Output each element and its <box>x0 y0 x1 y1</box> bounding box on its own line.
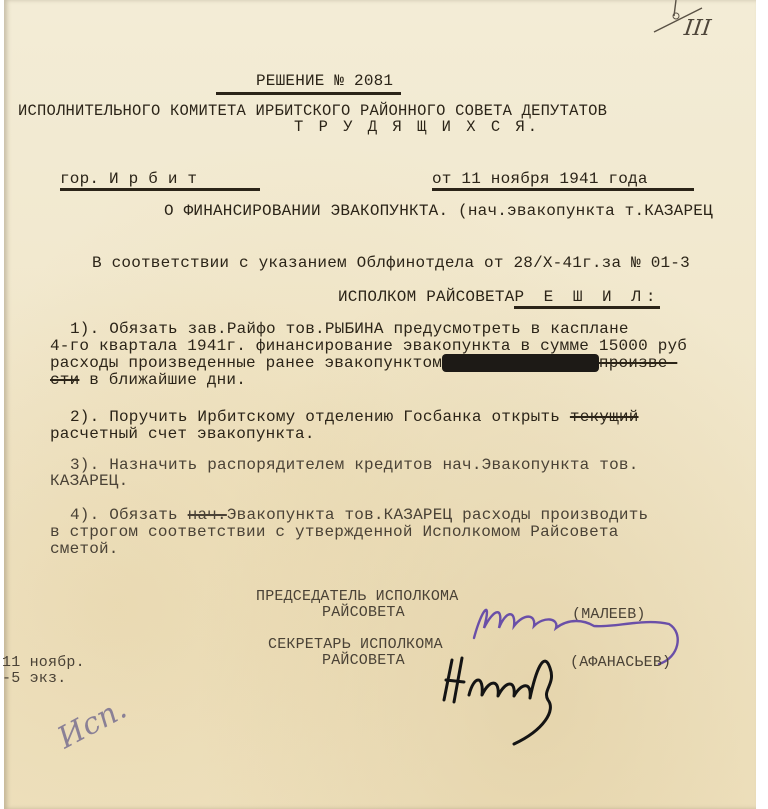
document-date: от 11 ноября 1941 года <box>432 170 694 191</box>
struck-text: произве- <box>599 354 677 372</box>
secretary-title-2: РАЙСОВЕТА <box>322 652 405 669</box>
issuer-line-2: Т Р У Д Я Щ И Х С Я. <box>294 118 540 136</box>
chairman-title-1: ПРЕДСЕДАТЕЛЬ ИСПОЛКОМА <box>256 588 458 605</box>
secretary-title-1: СЕКРЕТАРЬ ИСПОЛКОМА <box>268 636 443 653</box>
item-2-line-2: расчетный счет эвакопункта. <box>50 425 315 443</box>
footer-copies: -5 экз. <box>2 670 66 687</box>
item-1-line-1: 1). Обязать зав.Райфо тов.РЫБИНА предусм… <box>70 320 629 338</box>
footer-date: 11 ноябр. <box>2 654 85 671</box>
document-title: РЕШЕНИЕ № 2081 <box>216 72 401 95</box>
item-1-line-4: сти в ближайшие дни. <box>50 371 246 389</box>
resolved-line: ИСПОЛКОМ РАЙСОВЕТАР Е Ш И Л: <box>338 288 660 306</box>
resolved-word: Р Е Ш И Л: <box>514 288 660 309</box>
item-4-line-1: 4). Обязать нач.Эвакопункта тов.КАЗАРЕЦ … <box>70 506 648 524</box>
secretary-signature-icon <box>424 640 584 750</box>
item-2-line-1: 2). Поручить Ирбитскому отделению Госбан… <box>70 408 639 426</box>
chairman-title-2: РАЙСОВЕТА <box>322 604 405 621</box>
item-1-line-2: 4-го квартала 1941г. финансирование эвак… <box>50 337 762 355</box>
place: гор. И р б и т <box>60 170 260 191</box>
preamble: В соответствии с указанием Облфинотдела … <box>92 254 690 272</box>
item-4-line-3: сметой. <box>50 540 119 558</box>
item-3-line-1: 3). Назначить распорядителем кредитов на… <box>70 456 639 474</box>
resolved-prefix: ИСПОЛКОМ РАЙСОВЕТА <box>338 288 514 306</box>
item-4-line-2: в строгом соответствии с утвержденной Ис… <box>50 523 619 541</box>
item-1-line-3: расходы произведенные ранее эвакопунктом… <box>50 354 677 372</box>
document-page: III РЕШЕНИЕ № 2081 ИСПОЛНИТЕЛЬНОГО КОМИТ… <box>4 0 756 809</box>
item-3-line-2: КАЗАРЕЦ. <box>50 472 128 490</box>
crossed-out-word: профинансировать <box>442 354 599 372</box>
subject: О ФИНАНСИРОВАНИИ ЭВАКОПУНКТА. (нач.эвако… <box>164 202 764 220</box>
struck-text: текущий <box>570 408 639 426</box>
margin-note: Исп. <box>52 691 133 756</box>
secretary-name: (АФАНАСЬЕВ) <box>570 654 671 671</box>
